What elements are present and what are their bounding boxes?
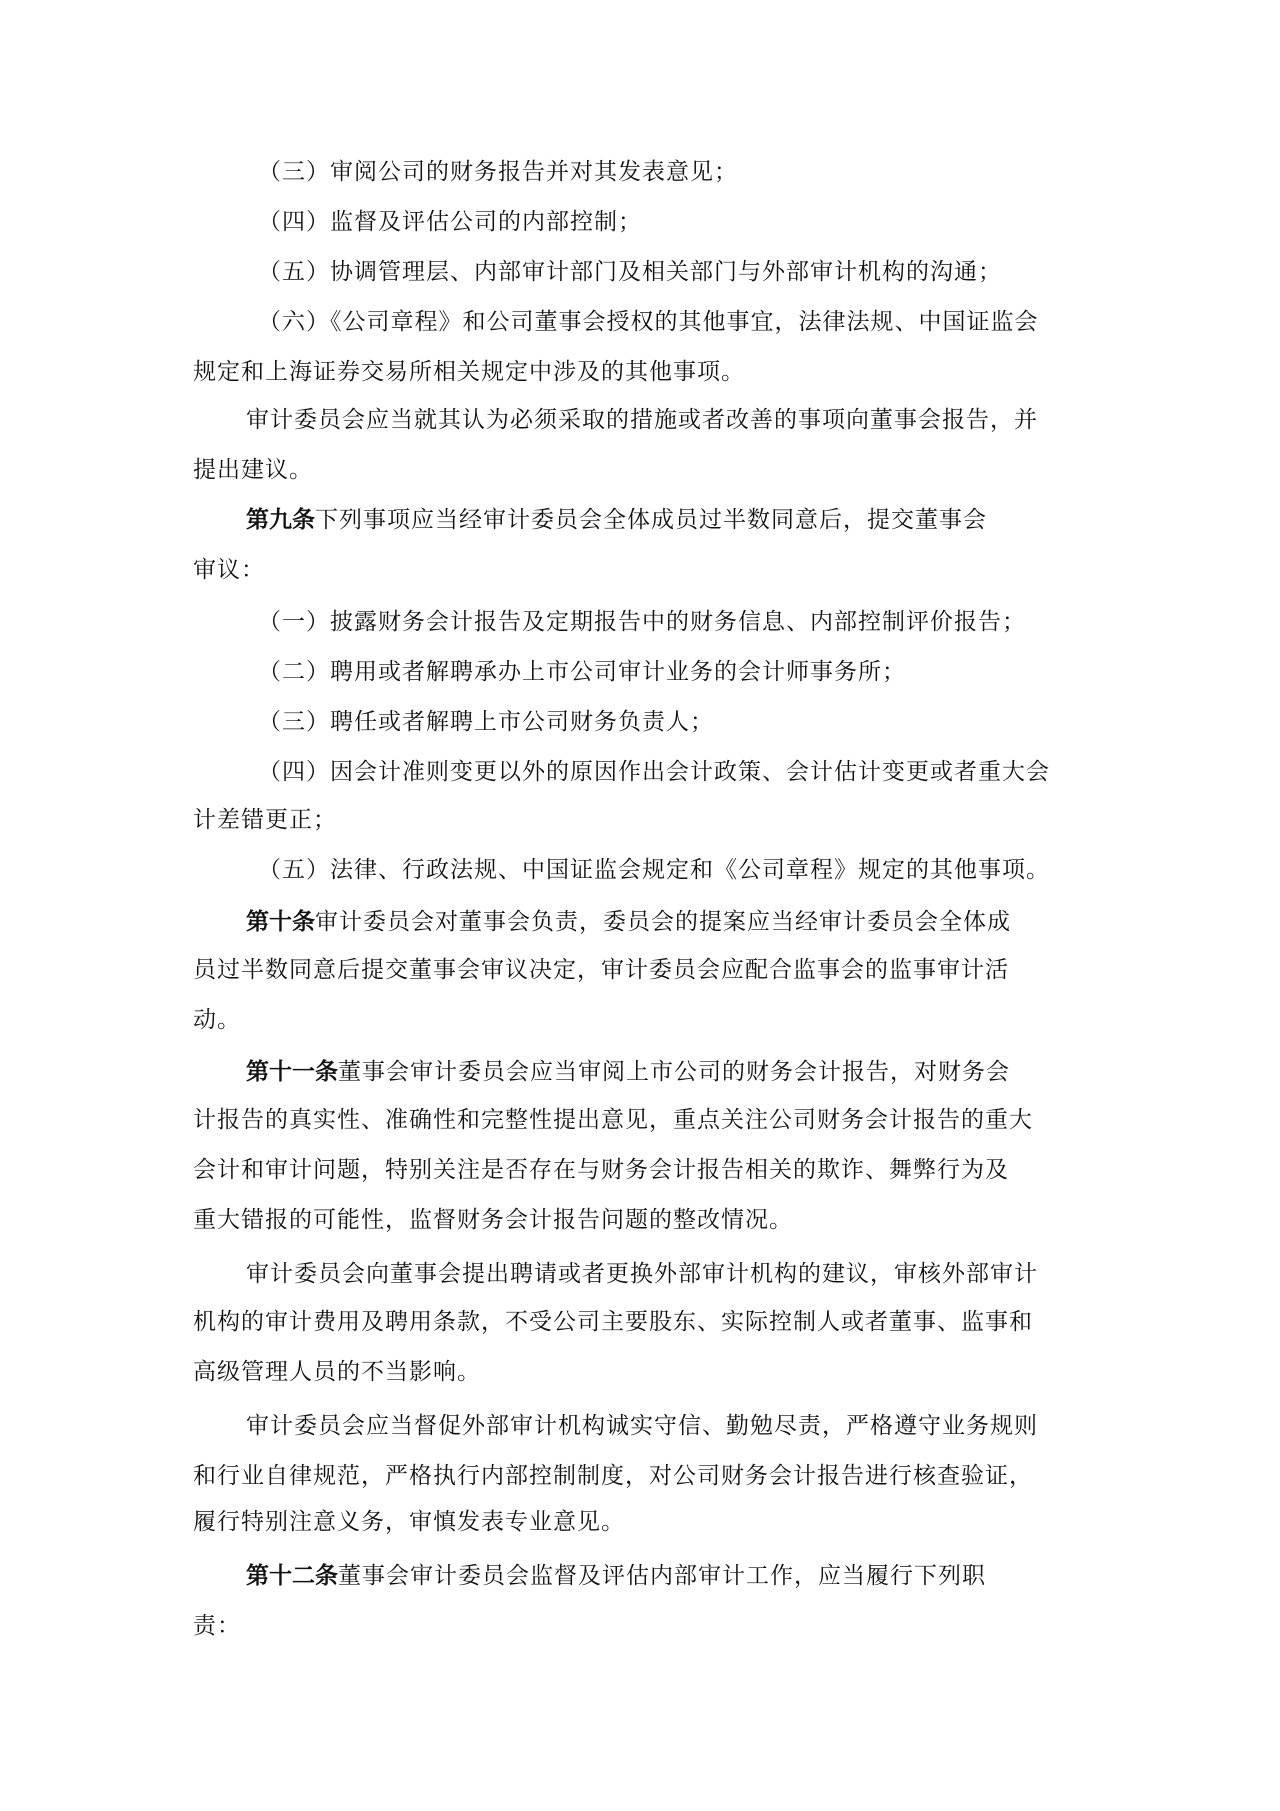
list-item-disclose-financial-info: （一）披露财务会计报告及定期报告中的财务信息、内部控制评价报告； [258, 606, 1026, 638]
line-text: 和行业自律规范，严格执行内部控制制度，对公司财务会计报告进行核查验证， [193, 1463, 1033, 1489]
line-text: 计差错更正； [193, 807, 337, 833]
article-11-continued-2: 会计和审计问题，特别关注是否存在与财务会计报告相关的欺诈、舞弊行为及 [193, 1154, 1009, 1186]
line-text: （一）披露财务会计报告及定期报告中的财务信息、内部控制评价报告； [258, 609, 1026, 635]
paragraph-external-auditor-supervision-continued-2: 履行特别注意义务，审慎发表专业意见。 [193, 1506, 625, 1538]
list-item-accounting-policy-change-continued: 计差错更正； [193, 804, 337, 836]
line-text: （四）因会计准则变更以外的原因作出会计政策、会计估计变更或者重大会 [258, 759, 1050, 785]
paragraph-external-auditor-supervision-continued-1: 和行业自律规范，严格执行内部控制制度，对公司财务会计报告进行核查验证， [193, 1460, 1033, 1492]
article-12-continued: 责： [193, 1610, 241, 1642]
line-text: 审计委员会向董事会提出聘请或者更换外部审计机构的建议，审核外部审计 [246, 1261, 1038, 1287]
line-text: 董事会审计委员会应当审阅上市公司的财务会计报告，对财务会 [338, 1059, 1010, 1085]
article-10: 第十条审计委员会对董事会负责，委员会的提案应当经审计委员会全体成 [246, 906, 1011, 938]
list-item-other-legal-matters: （五）法律、行政法规、中国证监会规定和《公司章程》规定的其他事项。 [258, 854, 1050, 886]
line-text: 提出建议。 [193, 457, 313, 483]
article-heading: 第十一条 [246, 1059, 338, 1085]
line-text: 审议： [193, 557, 265, 583]
document-page: （三）审阅公司的财务报告并对其发表意见； （四）监督及评估公司的内部控制； （五… [0, 0, 1280, 1811]
line-text: 会计和审计问题，特别关注是否存在与财务会计报告相关的欺诈、舞弊行为及 [193, 1157, 1009, 1183]
list-item-coordinate-communication: （五）协调管理层、内部审计部门及相关部门与外部审计机构的沟通； [258, 256, 1002, 288]
line-text: 高级管理人员的不当影响。 [193, 1359, 481, 1385]
paragraph-external-auditor-proposal-continued-1: 机构的审计费用及聘用条款，不受公司主要股东、实际控制人或者董事、监事和 [193, 1306, 1033, 1338]
article-12: 第十二条董事会审计委员会监督及评估内部审计工作，应当履行下列职 [246, 1560, 986, 1592]
line-text: 下列事项应当经审计委员会全体成员过半数同意后，提交董事会 [315, 507, 987, 533]
article-9-continued: 审议： [193, 554, 265, 586]
line-text: 责： [193, 1613, 241, 1639]
paragraph-external-auditor-proposal: 审计委员会向董事会提出聘请或者更换外部审计机构的建议，审核外部审计 [246, 1258, 1038, 1290]
line-text: 计报告的真实性、准确性和完整性提出意见，重点关注公司财务会计报告的重大 [193, 1107, 1033, 1133]
list-item-accounting-policy-change: （四）因会计准则变更以外的原因作出会计政策、会计估计变更或者重大会 [258, 756, 1050, 788]
line-text: 重大错报的可能性，监督财务会计报告问题的整改情况。 [193, 1207, 793, 1233]
line-text: （六）《公司章程》和公司董事会授权的其他事宜，法律法规、中国证监会 [258, 309, 1039, 335]
article-11: 第十一条董事会审计委员会应当审阅上市公司的财务会计报告，对财务会 [246, 1056, 1010, 1088]
line-text: （三）审阅公司的财务报告并对其发表意见； [258, 159, 738, 185]
article-9: 第九条下列事项应当经审计委员会全体成员过半数同意后，提交董事会 [246, 504, 987, 536]
list-item-appoint-cfo: （三）聘任或者解聘上市公司财务负责人； [258, 706, 714, 738]
line-text: 审计委员会应当就其认为必须采取的措施或者改善的事项向董事会报告，并 [246, 407, 1038, 433]
list-item-supervise-internal-control: （四）监督及评估公司的内部控制； [258, 206, 642, 238]
paragraph-report-to-board: 审计委员会应当就其认为必须采取的措施或者改善的事项向董事会报告，并 [246, 404, 1038, 436]
article-heading: 第九条 [246, 507, 315, 533]
line-text: 机构的审计费用及聘用条款，不受公司主要股东、实际控制人或者董事、监事和 [193, 1309, 1033, 1335]
list-item-audit-review-financial-report: （三）审阅公司的财务报告并对其发表意见； [258, 156, 738, 188]
article-11-continued-1: 计报告的真实性、准确性和完整性提出意见，重点关注公司财务会计报告的重大 [193, 1104, 1033, 1136]
list-item-other-matters-continued: 规定和上海证券交易所相关规定中涉及的其他事项。 [193, 356, 745, 388]
line-text: 员过半数同意后提交董事会审议决定，审计委员会应配合监事会的监事审计活 [193, 957, 1009, 983]
line-text: 履行特别注意义务，审慎发表专业意见。 [193, 1509, 625, 1535]
line-text: 规定和上海证券交易所相关规定中涉及的其他事项。 [193, 359, 745, 385]
line-text: 动。 [193, 1007, 241, 1033]
paragraph-external-auditor-supervision: 审计委员会应当督促外部审计机构诚实守信、勤勉尽责，严格遵守业务规则 [246, 1410, 1038, 1442]
line-text: （二）聘用或者解聘承办上市公司审计业务的会计师事务所； [258, 659, 906, 685]
line-text: （四）监督及评估公司的内部控制； [258, 209, 642, 235]
paragraph-report-to-board-continued: 提出建议。 [193, 454, 313, 486]
list-item-hire-accounting-firm: （二）聘用或者解聘承办上市公司审计业务的会计师事务所； [258, 656, 906, 688]
line-text: 审计委员会应当督促外部审计机构诚实守信、勤勉尽责，严格遵守业务规则 [246, 1413, 1038, 1439]
line-text: 审计委员会对董事会负责，委员会的提案应当经审计委员会全体成 [315, 909, 1011, 935]
article-heading: 第十二条 [246, 1563, 338, 1589]
line-text: （五）法律、行政法规、中国证监会规定和《公司章程》规定的其他事项。 [258, 857, 1050, 883]
article-10-continued: 员过半数同意后提交董事会审议决定，审计委员会应配合监事会的监事审计活 [193, 954, 1009, 986]
paragraph-external-auditor-proposal-continued-2: 高级管理人员的不当影响。 [193, 1356, 481, 1388]
line-text: （三）聘任或者解聘上市公司财务负责人； [258, 709, 714, 735]
article-10-end: 动。 [193, 1004, 241, 1036]
line-text: 董事会审计委员会监督及评估内部审计工作，应当履行下列职 [338, 1563, 986, 1589]
list-item-other-matters: （六）《公司章程》和公司董事会授权的其他事宜，法律法规、中国证监会 [258, 306, 1039, 338]
line-text: （五）协调管理层、内部审计部门及相关部门与外部审计机构的沟通； [258, 259, 1002, 285]
article-11-continued-3: 重大错报的可能性，监督财务会计报告问题的整改情况。 [193, 1204, 793, 1236]
article-heading: 第十条 [246, 909, 315, 935]
